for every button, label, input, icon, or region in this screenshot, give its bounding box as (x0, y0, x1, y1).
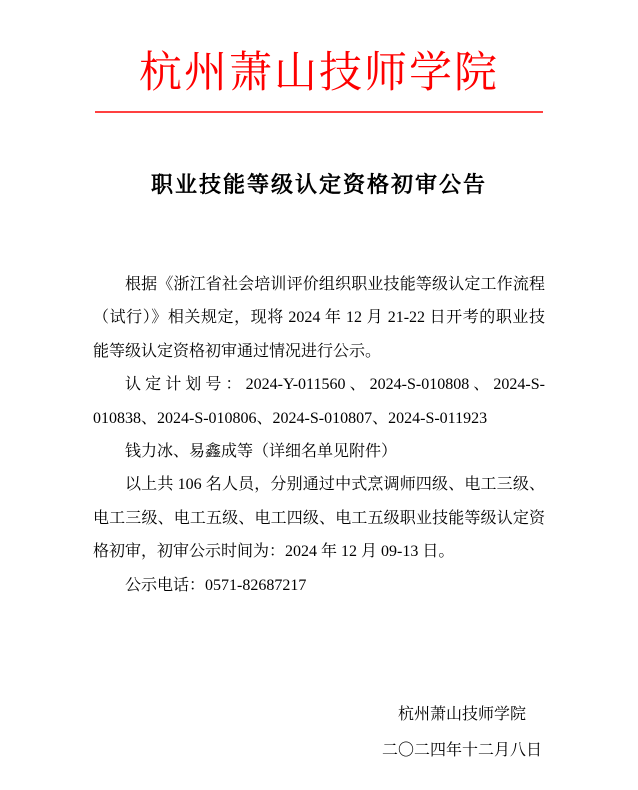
signature-block: 杭州萧山技师学院 二〇二四年十二月八日 (381, 697, 543, 769)
signature-date: 二〇二四年十二月八日 (381, 733, 543, 769)
document-page: 杭州萧山技师学院 职业技能等级认定资格初审公告 根据《浙江省社会培训评价组织职业… (0, 0, 638, 790)
paragraph-phone: 公示电话：0571-82687217 (93, 569, 545, 602)
paragraph-plan-numbers: 认定计划号：2024-Y-011560、2024-S-010808、2024-S… (93, 368, 545, 435)
letterhead-org-title: 杭州萧山技师学院 (0, 51, 638, 97)
paragraph-summary: 以上共 106 名人员，分别通过中式烹调师四级、电工三级、电工三级、电工五级、电… (93, 468, 545, 568)
signature-org: 杭州萧山技师学院 (381, 697, 543, 733)
paragraph-basis: 根据《浙江省社会培训评价组织职业技能等级认定工作流程（试行）》相关规定，现将 2… (93, 268, 545, 368)
document-body: 根据《浙江省社会培训评价组织职业技能等级认定工作流程（试行）》相关规定，现将 2… (93, 268, 545, 602)
paragraph-names: 钱力冰、易鑫成等（详细名单见附件） (93, 435, 545, 468)
document-title: 职业技能等级认定资格初审公告 (0, 170, 638, 200)
letterhead-rule (95, 111, 543, 113)
